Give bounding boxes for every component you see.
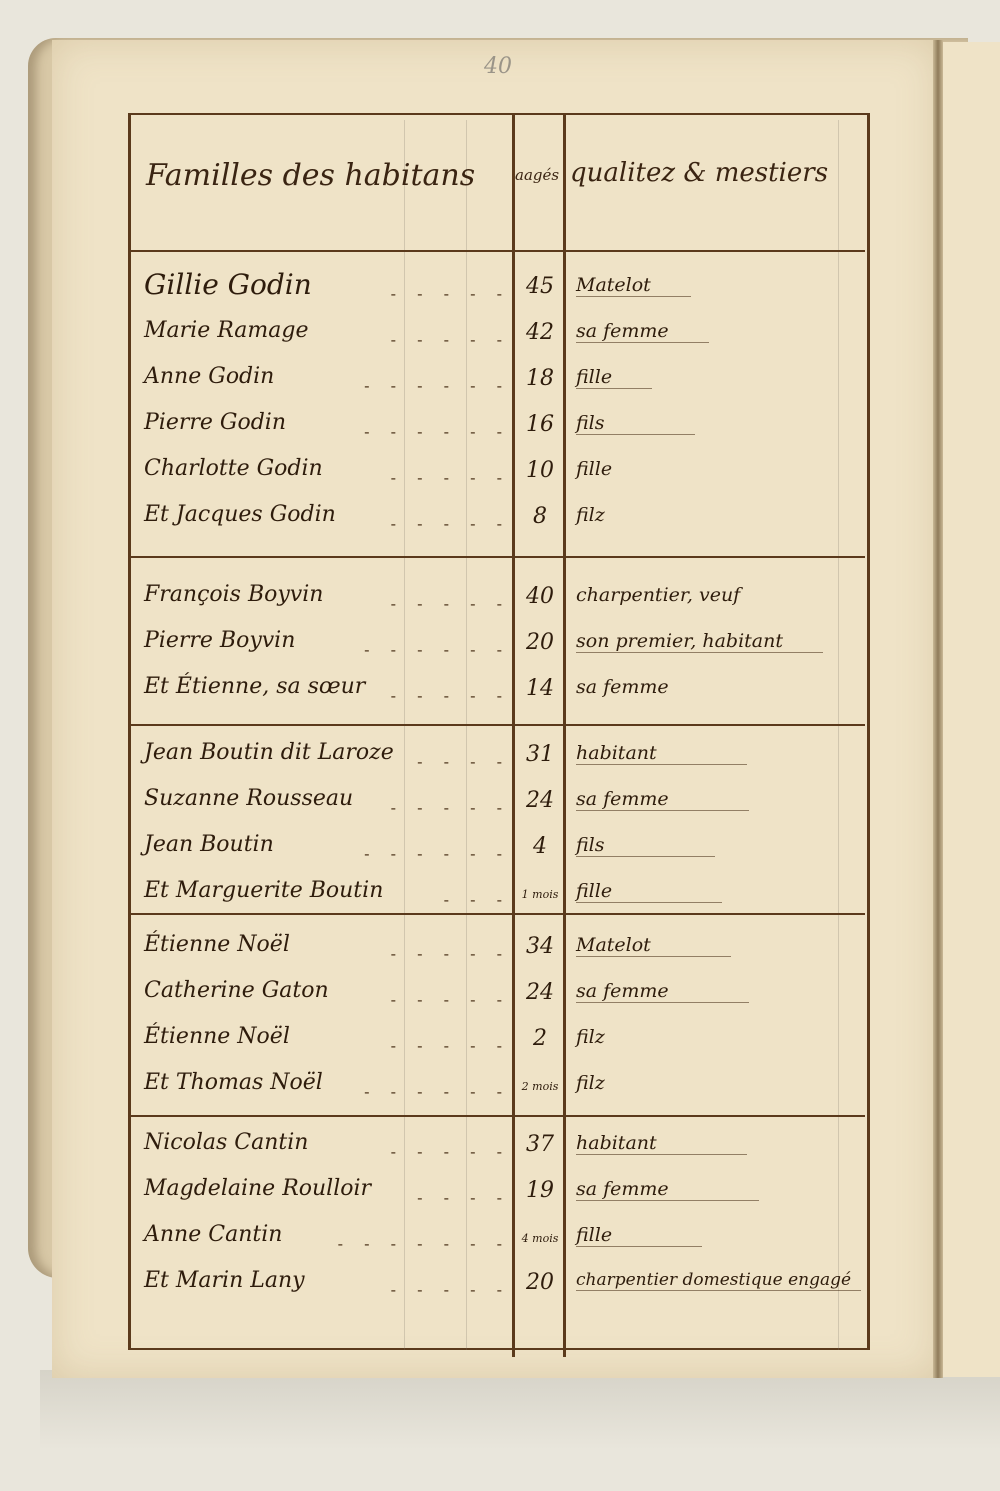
person-quality: fille [576, 880, 722, 903]
table-row: Pierre Boyvin- - - - - -20son premier, h… [140, 624, 860, 670]
person-age: 8 [520, 504, 560, 529]
person-quality: sa femme [576, 980, 749, 1003]
person-age: 45 [520, 274, 560, 299]
person-age: 20 [520, 630, 560, 655]
family-boyvin: François Boyvin- - - - -40charpentier, v… [140, 578, 860, 716]
table-row: Magdelaine Roulloir- - - -19sa femme [140, 1172, 860, 1218]
family-separator [128, 1115, 865, 1117]
leader-dots: - - - - - [140, 944, 510, 963]
table-header: Familles des habitans aagés qualitez & m… [140, 158, 860, 198]
header-names: Familles des habitans [146, 158, 475, 193]
table-row: Et Thomas Noël- - - - - -2 moisfilz [140, 1066, 860, 1112]
table-row: Et Étienne, sa sœur- - - - -14sa femme [140, 670, 860, 716]
family-boutin: Jean Boutin dit Laroze- - - -31habitant … [140, 736, 860, 920]
leader-dots: - - - - - - [140, 640, 510, 659]
family-noel: Étienne Noël- - - - -34Matelot Catherine… [140, 928, 860, 1112]
leader-dots: - - - - - [140, 330, 510, 349]
leader-dots: - - - - - [140, 798, 510, 817]
person-age: 4 mois [520, 1232, 560, 1245]
table-row: Pierre Godin- - - - - -16fils [140, 406, 860, 452]
person-age: 10 [520, 458, 560, 483]
person-age: 14 [520, 676, 560, 701]
person-age: 24 [520, 980, 560, 1005]
leader-dots: - - - - - [140, 1036, 510, 1055]
leader-dots: - - - - - [140, 686, 510, 705]
person-age: 16 [520, 412, 560, 437]
person-age: 2 mois [520, 1080, 560, 1093]
person-age: 2 [520, 1026, 560, 1051]
folio-number: 40 [484, 54, 512, 79]
person-age: 31 [520, 742, 560, 767]
person-age: 34 [520, 934, 560, 959]
header-quality: qualitez & mestiers [570, 158, 828, 188]
table-row: Jean Boutin- - - - - -4fils [140, 828, 860, 874]
person-quality: sa femme [576, 320, 709, 343]
person-quality: fille [576, 458, 652, 480]
person-age: 40 [520, 584, 560, 609]
leader-dots: - - - - - - [140, 1082, 510, 1101]
person-quality: son premier, habitant [576, 630, 823, 653]
family-cantin: Nicolas Cantin- - - - -37habitant Magdel… [140, 1126, 860, 1310]
person-quality: fils [576, 834, 715, 857]
leader-dots: - - - [140, 890, 510, 909]
table-row: Étienne Noël- - - - -2filz [140, 1020, 860, 1066]
person-quality: fils [576, 412, 695, 435]
person-age: 37 [520, 1132, 560, 1157]
person-age: 42 [520, 320, 560, 345]
person-age: 1 mois [520, 888, 560, 901]
leader-dots: - - - - - [140, 514, 510, 533]
table-row: Anne Cantin- - - - - - -4 moisfille [140, 1218, 860, 1264]
person-quality: fille [576, 366, 652, 389]
person-quality: charpentier domestique engagé [576, 1270, 861, 1291]
person-age: 18 [520, 366, 560, 391]
family-godin: Gillie Godin- - - - -45Matelot Marie Ram… [140, 268, 860, 544]
table-row: François Boyvin- - - - -40charpentier, v… [140, 578, 860, 624]
leader-dots: - - - - - - [140, 422, 510, 441]
family-separator [128, 556, 865, 558]
book-gutter [933, 40, 943, 1378]
leader-dots: - - - - [140, 1188, 510, 1207]
table-row: Et Marguerite Boutin- - -1 moisfille [140, 874, 860, 920]
person-quality: habitant [576, 1132, 747, 1155]
table-row: Suzanne Rousseau- - - - -24sa femme [140, 782, 860, 828]
leader-dots: - - - - - [140, 1142, 510, 1161]
person-age: 20 [520, 1270, 560, 1295]
leader-dots: - - - - [140, 752, 510, 771]
person-quality: sa femme [576, 1178, 759, 1201]
table-row: Anne Godin- - - - - -18fille [140, 360, 860, 406]
table-row: Gillie Godin- - - - -45Matelot [140, 268, 860, 314]
table-row: Nicolas Cantin- - - - -37habitant [140, 1126, 860, 1172]
person-quality: filz [576, 504, 645, 526]
leader-dots: - - - - - - [140, 844, 510, 863]
person-quality: habitant [576, 742, 747, 765]
family-separator [128, 724, 865, 726]
leader-dots: - - - - - [140, 594, 510, 613]
person-age: 19 [520, 1178, 560, 1203]
leader-dots: - - - - - [140, 284, 510, 303]
person-quality: filz [576, 1026, 645, 1048]
person-age: 24 [520, 788, 560, 813]
person-quality: filz [576, 1072, 645, 1094]
page-shadow [40, 1370, 1000, 1450]
person-quality: Matelot [576, 934, 731, 957]
facing-page-edge [943, 42, 1000, 1377]
table-row: Étienne Noël- - - - -34Matelot [140, 928, 860, 974]
table-row: Catherine Gaton- - - - -24sa femme [140, 974, 860, 1020]
header-rule [128, 250, 865, 252]
table-row: Jean Boutin dit Laroze- - - -31habitant [140, 736, 860, 782]
leader-dots: - - - - - [140, 990, 510, 1009]
table-row: Et Marin Lany- - - - -20charpentier dome… [140, 1264, 860, 1310]
leader-dots: - - - - - - [140, 376, 510, 395]
leader-dots: - - - - - - - [140, 1234, 510, 1253]
leader-dots: - - - - - [140, 1280, 510, 1299]
table-row: Et Jacques Godin- - - - -8filz [140, 498, 860, 544]
table-row: Marie Ramage- - - - -42sa femme [140, 314, 860, 360]
leader-dots: - - - - - [140, 468, 510, 487]
person-age: 4 [520, 834, 560, 859]
person-quality: fille [576, 1224, 702, 1247]
header-age: aagés [515, 166, 559, 184]
person-quality: Matelot [576, 274, 691, 297]
table-row: Charlotte Godin- - - - -10fille [140, 452, 860, 498]
person-quality: charpentier, veuf [576, 584, 780, 606]
person-quality: sa femme [576, 788, 749, 811]
person-quality: sa femme [576, 676, 709, 698]
